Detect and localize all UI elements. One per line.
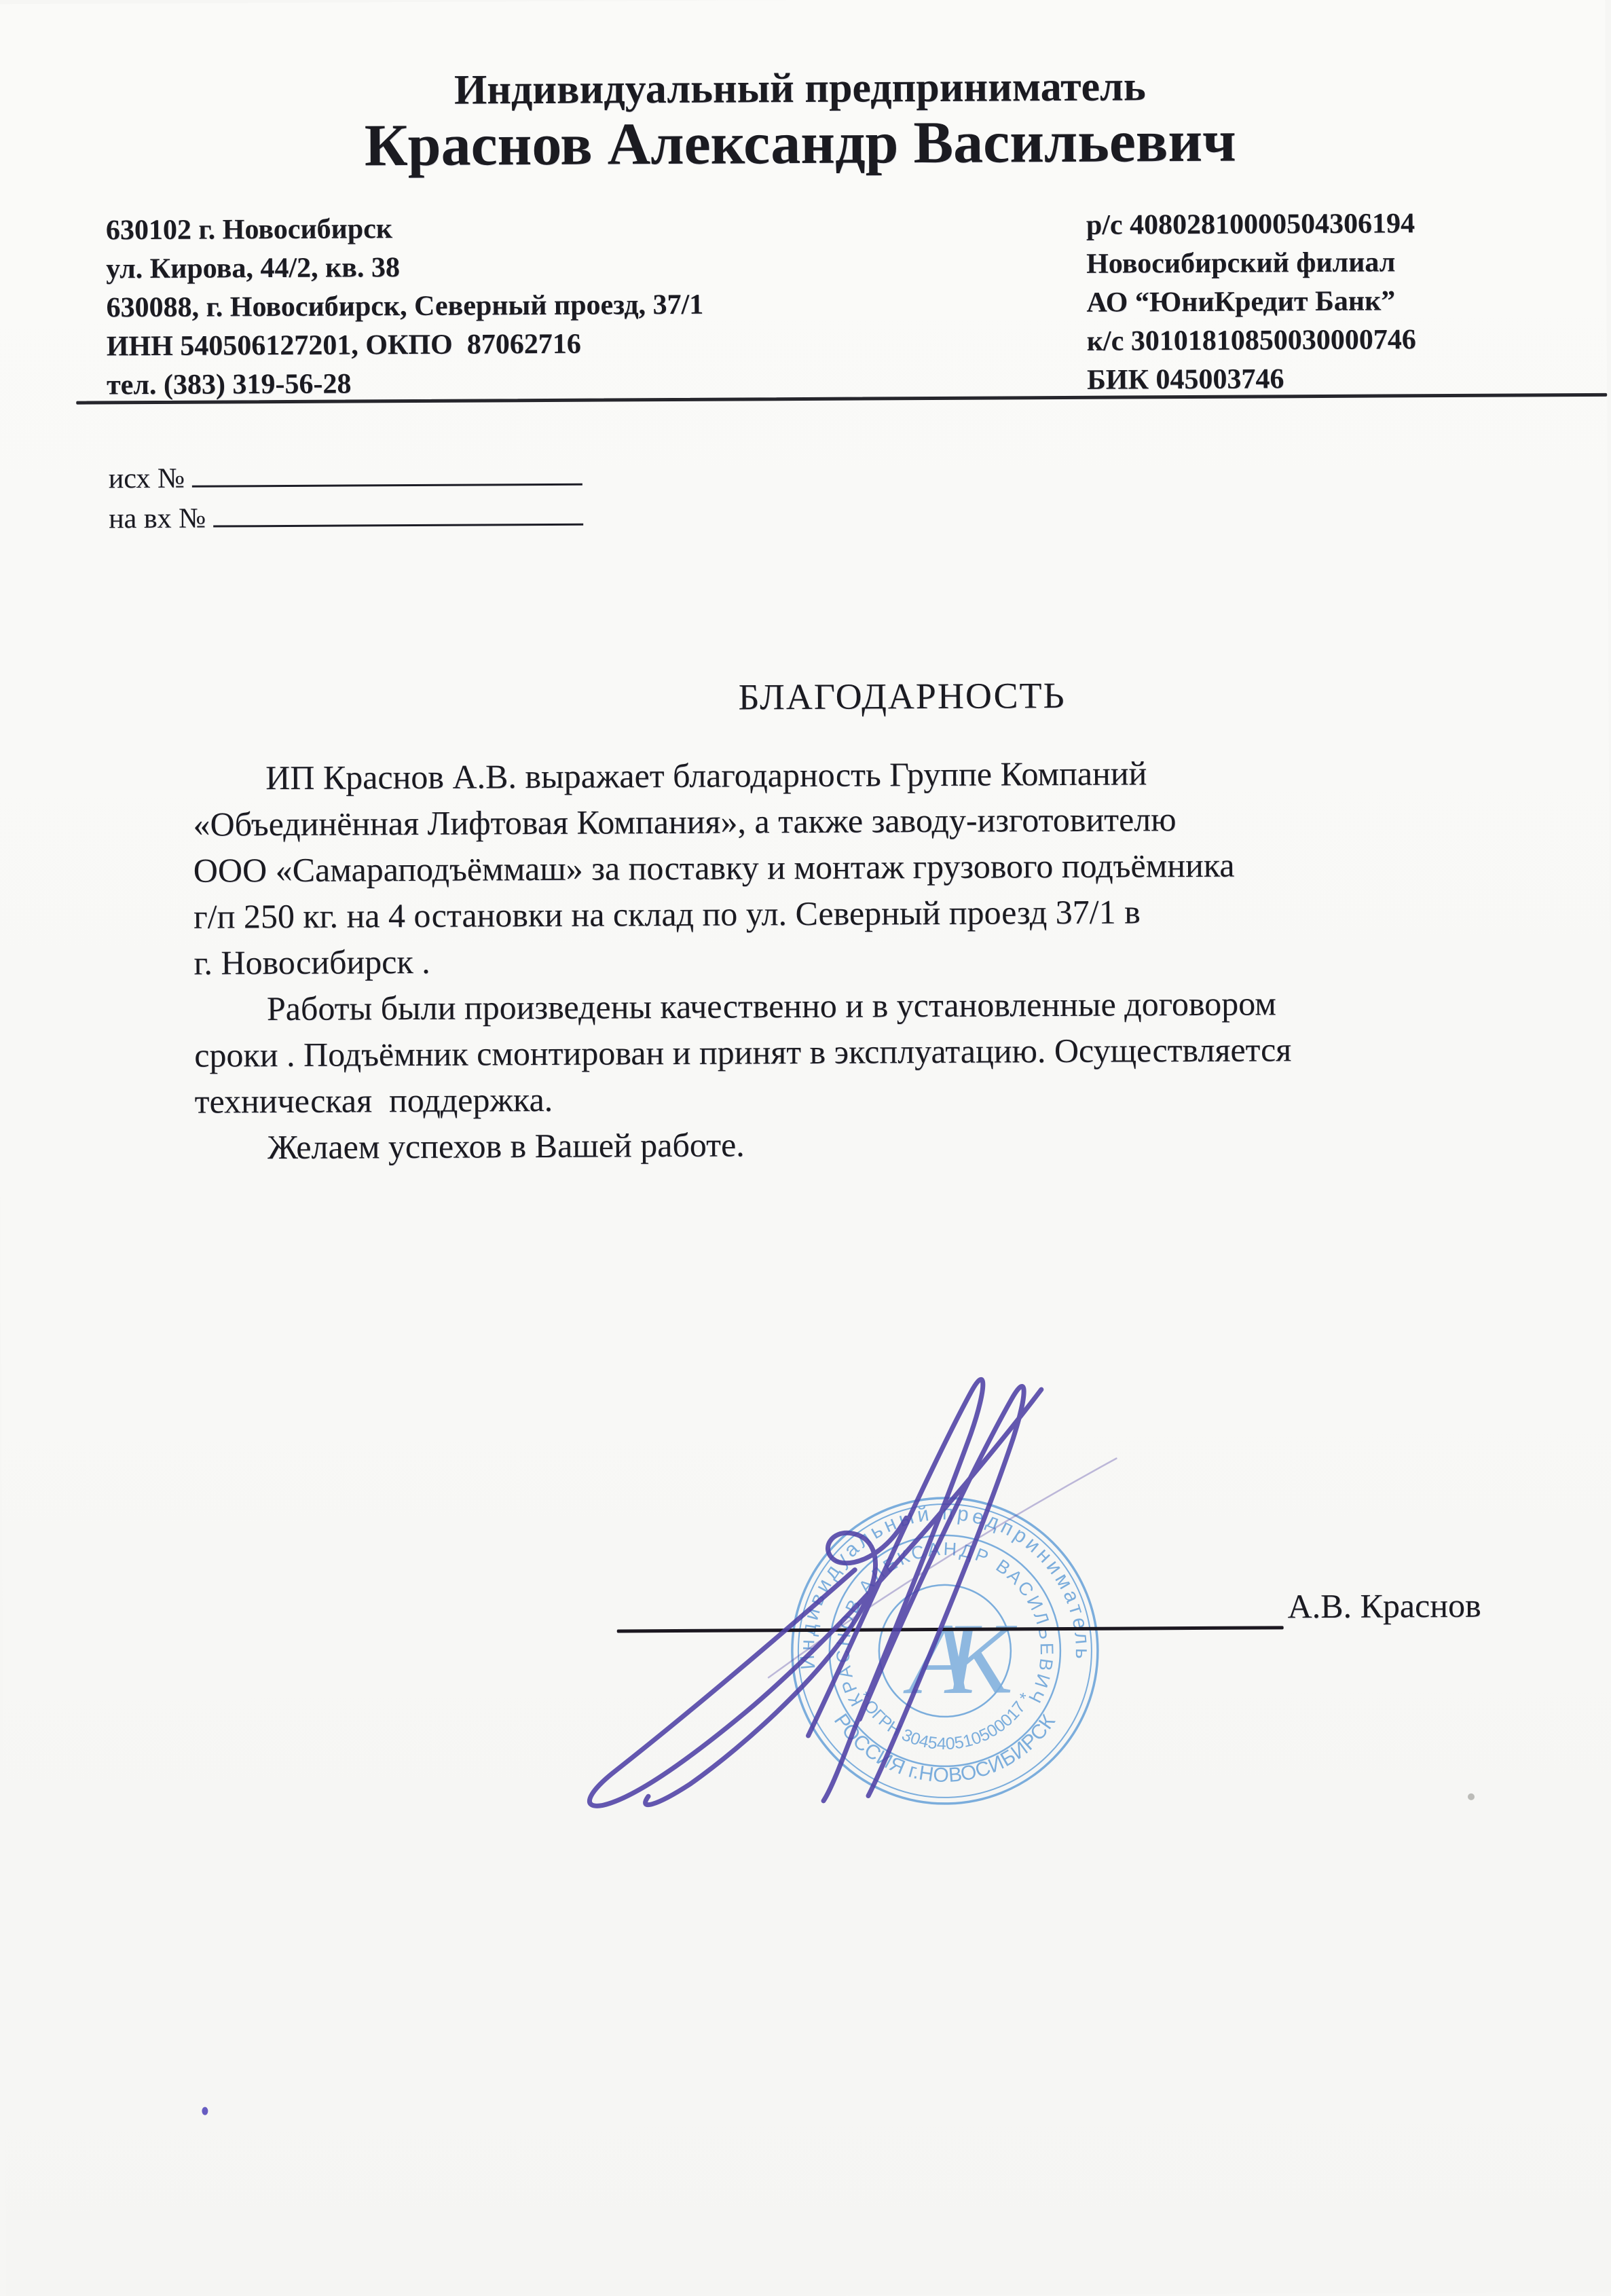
requisites-bank-block: р/с 40802810000504306194 Новосибирский ф…: [1086, 204, 1417, 400]
document-title: БЛАГОДАРНОСТЬ: [738, 674, 1065, 718]
ink-speck: [202, 2107, 208, 2115]
incoming-number-label: на вх №: [109, 503, 213, 534]
body-line: Желаем успехов в Вашей работе.: [195, 1118, 1292, 1170]
requisites-address-block: 630102 г. Новосибирск ул. Кирова, 44/2, …: [106, 208, 704, 405]
outgoing-number-blank-line: [191, 456, 582, 488]
signature-name: А.В. Краснов: [1287, 1586, 1481, 1626]
requisite-postal-line: 630102 г. Новосибирск: [106, 208, 703, 251]
letter-body: ИП Краснов А.В. выражает благодарность Г…: [193, 749, 1292, 1170]
requisite-warehouse-line: 630088, г. Новосибирск, Северный проезд,…: [106, 286, 703, 328]
reference-number-block: исх № на вх №: [109, 456, 583, 539]
bank-name-line: АО “ЮниКредит Банк”: [1086, 282, 1415, 323]
body-line: Работы были произведены качественно и в …: [194, 980, 1291, 1032]
scanned-letter-page: { "page": { "paper_color": "#f9f9f7", "i…: [0, 0, 1611, 2296]
body-line: г/п 250 кг. на 4 остановки на склад по у…: [193, 888, 1291, 939]
outgoing-number-row: исх №: [109, 456, 583, 499]
handwritten-signature-ink: [565, 1346, 1165, 1825]
body-line: ООО «Самараподъёммаш» за поставку и монт…: [193, 841, 1291, 893]
body-line: техническая поддержка.: [194, 1072, 1291, 1124]
letterhead-entity-type: Индивидуальный предприниматель: [0, 63, 1606, 113]
letter-sheet: Индивидуальный предприниматель Краснов А…: [0, 0, 1611, 2296]
bank-account-line: р/с 40802810000504306194: [1086, 204, 1415, 245]
requisite-inn-okpo-line: ИНН 540506127201, ОКПО 87062716: [107, 325, 704, 367]
outgoing-number-label: исх №: [109, 463, 192, 495]
body-line: сроки . Подъёмник смонтирован и принят в…: [194, 1026, 1291, 1078]
incoming-number-row: на вх №: [109, 496, 583, 539]
letterhead-owner-name: Краснов Александр Васильевич: [0, 110, 1606, 178]
requisite-street-line: ул. Кирова, 44/2, кв. 38: [106, 247, 703, 289]
body-line: «Объединённая Лифтовая Компания», а такж…: [193, 795, 1290, 847]
body-line: ИП Краснов А.В. выражает благодарность Г…: [193, 749, 1290, 801]
incoming-number-blank-line: [213, 496, 583, 528]
body-line: г. Новосибирск .: [193, 934, 1291, 985]
bank-corr-account-line: к/с 30101810850030000746: [1087, 321, 1416, 361]
bank-branch-line: Новосибирский филиал: [1086, 243, 1415, 284]
dust-speck: [1468, 1793, 1475, 1800]
